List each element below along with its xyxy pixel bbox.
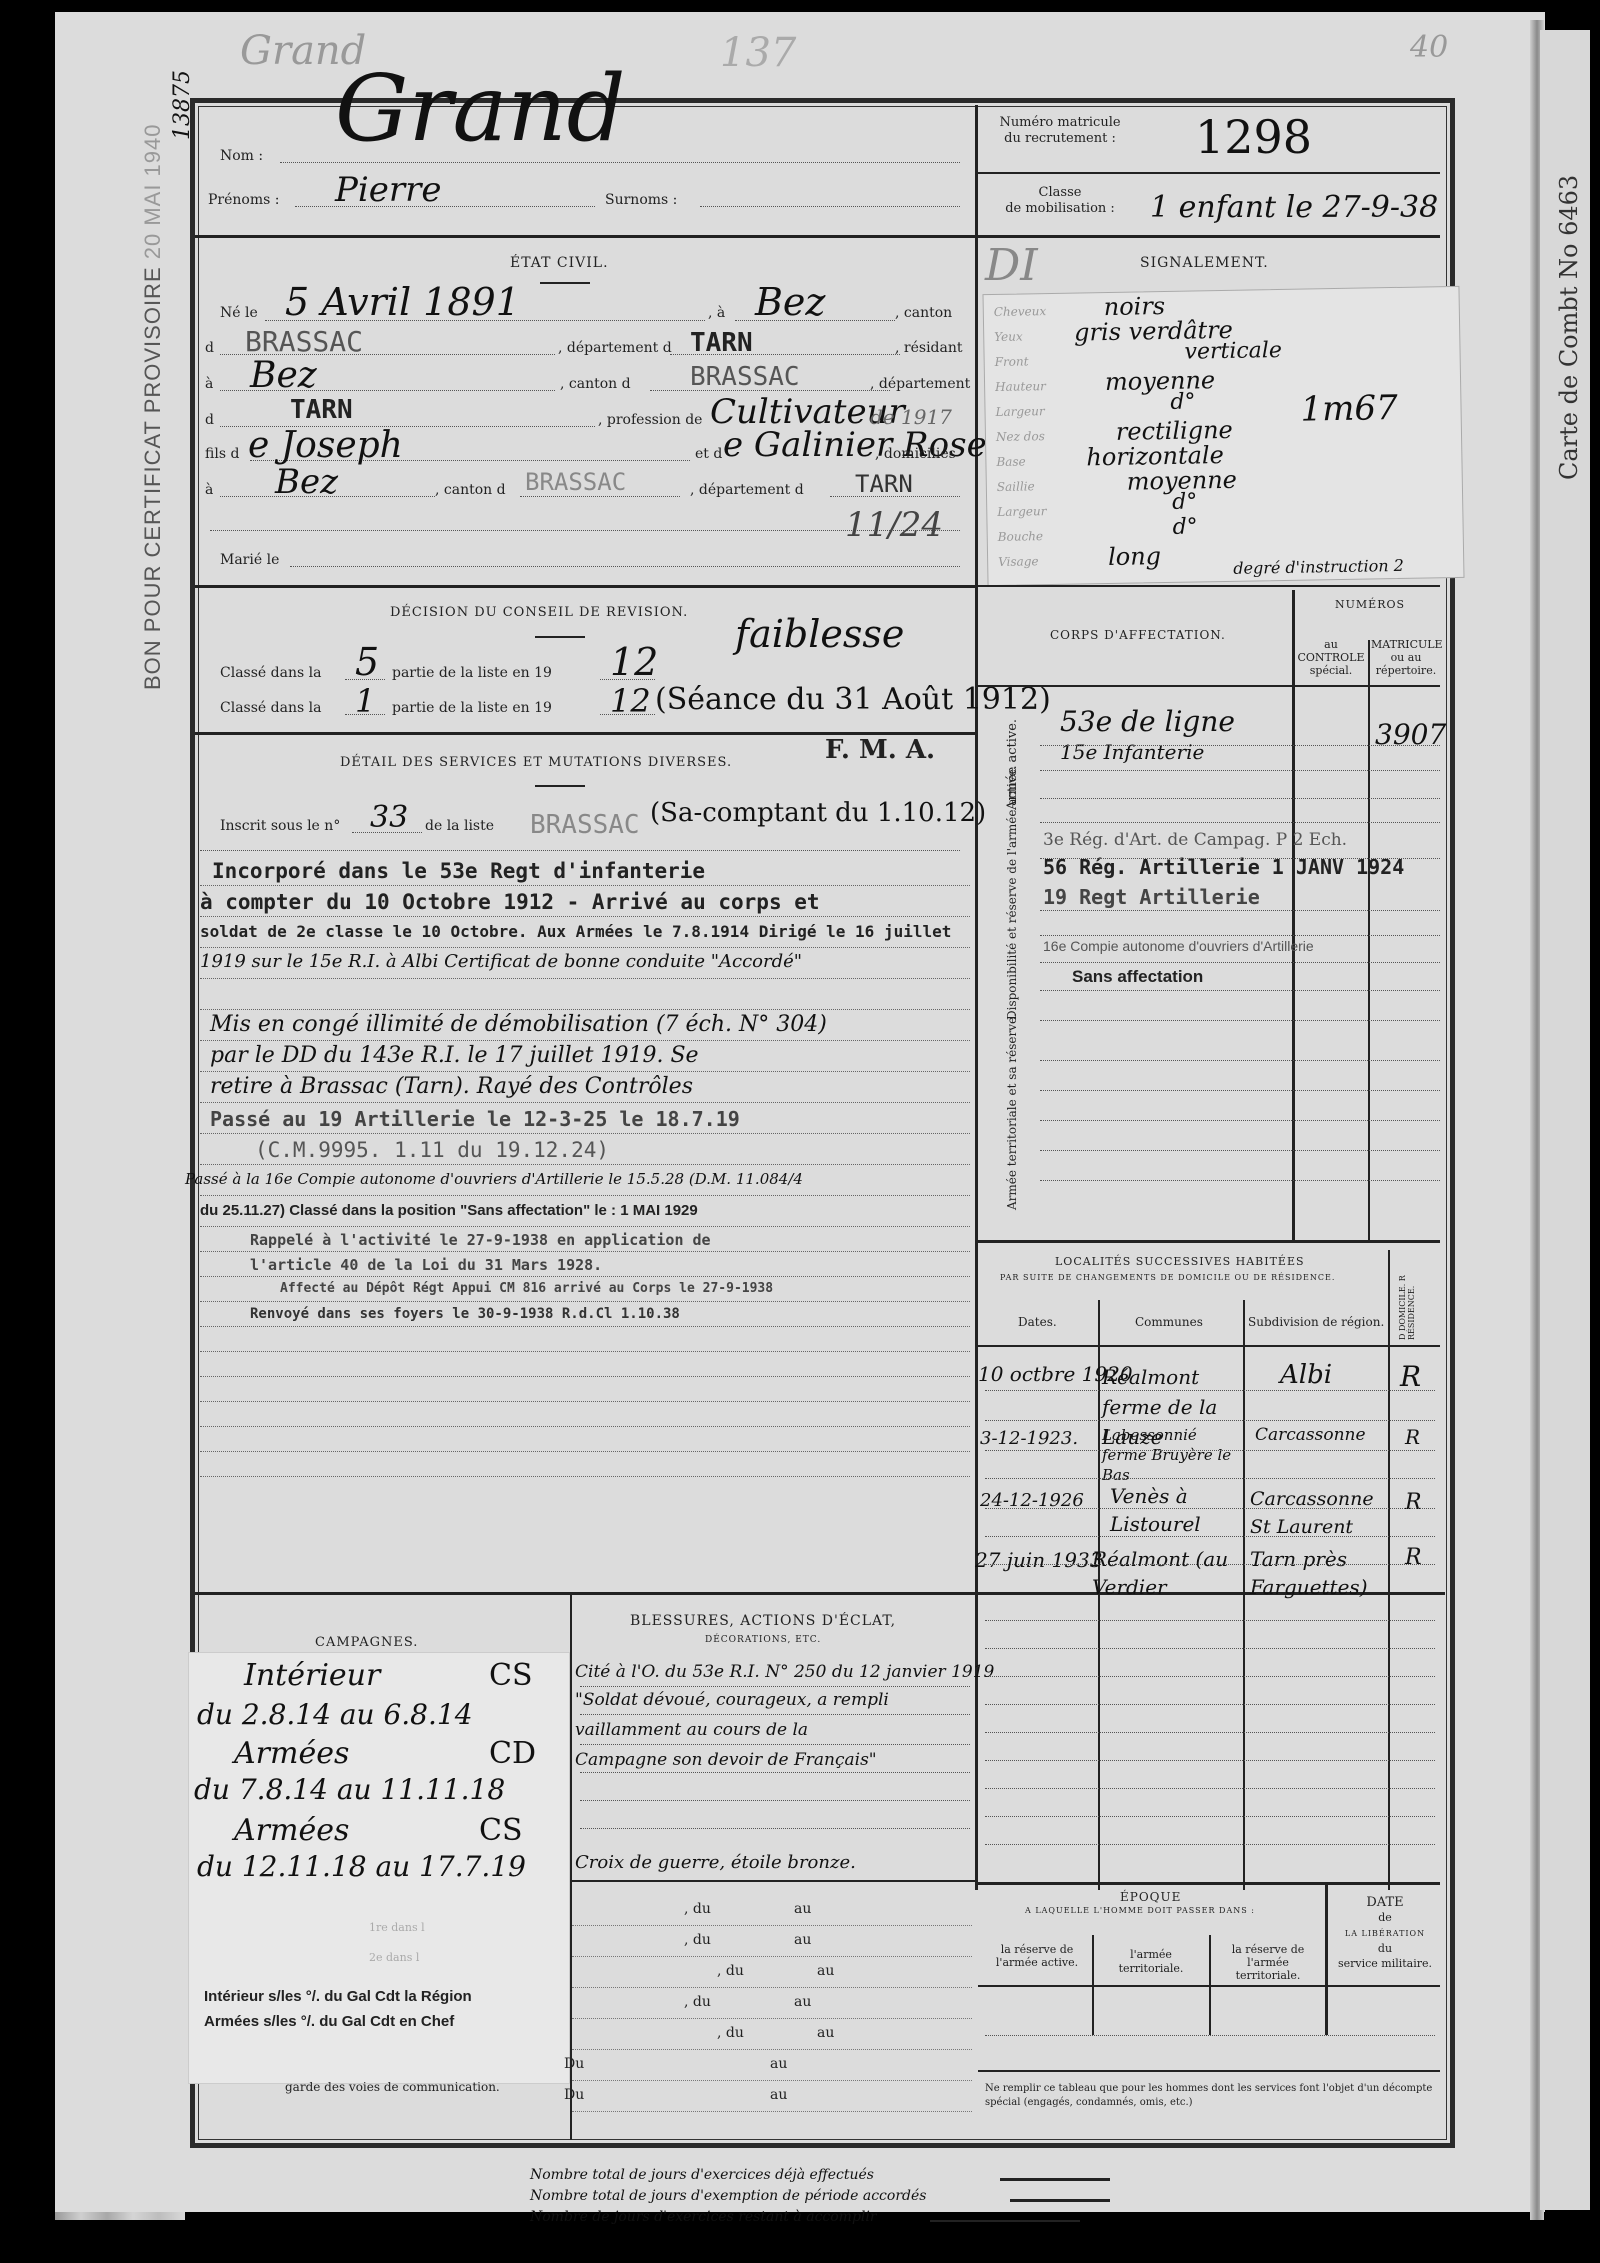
corps-title: CORPS D'AFFECTATION. xyxy=(1050,628,1226,642)
date-liberation: DATE de LA LIBÉRATION du service militai… xyxy=(1330,1895,1440,1971)
blessure-line-2: "Soldat dévoué, courageux, a rempli xyxy=(575,1690,889,1710)
campagne-3-place: Armées xyxy=(234,1813,349,1848)
resident-label: , résidant xyxy=(895,340,963,356)
domicile-a-label: à xyxy=(205,482,213,498)
campagne-faint-2: 2e dans l xyxy=(369,1951,419,1964)
service-line: à compter du 10 Octobre 1912 - Arrivé au… xyxy=(200,886,970,917)
loc-row-1-dr: R xyxy=(1400,1360,1421,1393)
domicile-dept-label: , département d xyxy=(690,482,804,498)
localites-subtitle: PAR SUITE DE CHANGEMENTS DE DOMICILE OU … xyxy=(1000,1273,1335,1282)
service-line: (C.M.9995. 1.11 du 19.12.24) xyxy=(200,1134,970,1165)
numeros-title: NUMÉROS xyxy=(1335,598,1405,611)
birth-place-label: , à xyxy=(708,305,725,321)
col-matricule: MATRICULE ou au répertoire. xyxy=(1371,638,1441,677)
campagne-2-place: Armées xyxy=(234,1736,349,1771)
campagne-1-code: CS xyxy=(489,1658,533,1693)
service-line: par le DD du 143e R.I. le 17 juillet 191… xyxy=(200,1041,970,1072)
reserve-entry-3: 19 Regt Artillerie xyxy=(1043,885,1260,909)
faint-number-pencil: 137 xyxy=(720,30,796,76)
loc-row-2-date: 3-12-1923. xyxy=(980,1428,1078,1449)
col-dates: Dates. xyxy=(1018,1315,1057,1329)
service-line: 1919 sur le 15e R.I. à Albi Certificat d… xyxy=(200,948,970,979)
campagne-2-code: CD xyxy=(489,1736,536,1771)
loc-row-3-commune: Venès à Listourel xyxy=(1110,1482,1240,1538)
service-line: Mis en congé illimité de démobilisation … xyxy=(200,1010,970,1041)
du-au-row: , duau xyxy=(572,1926,972,1957)
campagnes-title: CAMPAGNES. xyxy=(315,1635,418,1650)
domicile-departement: TARN xyxy=(855,470,913,498)
classe-label: Classede mobilisation : xyxy=(985,185,1135,217)
footer-line-3: Nombre de jours d'exercices restant à ac… xyxy=(530,2207,926,2228)
decoration-line: Croix de guerre, étoile bronze. xyxy=(575,1852,856,1873)
taille-value: 1m67 xyxy=(1300,388,1398,430)
domicile-place: Bez xyxy=(275,462,338,502)
signalement-stamp-mark: DI xyxy=(985,240,1038,291)
classe-row2-label: Classé dans la xyxy=(220,700,321,716)
signalement-rows: Cheveux noirs Yeux gris verdâtre Front v… xyxy=(994,297,1239,576)
col-subdivision: Subdivision de région. xyxy=(1248,1315,1384,1329)
service-line xyxy=(200,1352,970,1377)
section-disponibilite: Disponibilité et réserve de l'armée acti… xyxy=(1005,765,1019,1020)
campagne-2-period: du 7.8.14 au 11.11.18 xyxy=(194,1773,505,1806)
matricule-value: 1298 xyxy=(1195,110,1312,164)
loc-row-2-dr: R xyxy=(1405,1425,1420,1449)
epoque-col-1: la réserve de l'armée active. xyxy=(982,1943,1092,1969)
liste-note: (Sa-comptant du 1.10.12) xyxy=(650,798,986,828)
marie-label: Marié le xyxy=(220,552,279,568)
residence-place: Bez xyxy=(250,355,317,396)
birth-date: 5 Avril 1891 xyxy=(285,280,520,324)
service-line xyxy=(200,979,970,1010)
active-entry-2: 15e Infanterie xyxy=(1060,740,1204,764)
loc-row-2-commune: Labessonnié ferme Bruyère le Bas xyxy=(1102,1425,1242,1485)
classe-row1-partie: 5 xyxy=(355,640,379,684)
loc-row-4-dr: R xyxy=(1405,1545,1422,1570)
service-line: Passé à la 16e Compie autonome d'ouvrier… xyxy=(200,1165,970,1196)
birth-place: Bez xyxy=(755,280,825,324)
reserve-entry-1: 3e Rég. d'Art. de Campag. P 2 Ech. xyxy=(1043,830,1347,850)
du-au-rows: , duau , duau , duau , duau , duau Duau … xyxy=(572,1895,972,2112)
loc-row-2-subdivision: Carcassonne xyxy=(1255,1425,1366,1445)
classe-row2-annee: 12 xyxy=(610,682,651,720)
du-au-row: Duau xyxy=(572,2081,972,2112)
service-line xyxy=(200,1377,970,1402)
facing-page-label: Carte de Combt No 6463 xyxy=(1555,175,1583,480)
du-au-row: Duau xyxy=(572,2050,972,2081)
birth-departement: TARN xyxy=(690,328,753,358)
certificate-stamp-text: BON POUR CERTIFICAT PROVISOIRE xyxy=(140,266,165,690)
services-title: DÉTAIL DES SERVICES ET MUTATIONS DIVERSE… xyxy=(340,755,732,770)
inscrit-label: Inscrit sous le n° xyxy=(220,818,340,834)
service-line xyxy=(200,1427,970,1452)
prenoms-label: Prénoms : xyxy=(208,192,279,208)
father-name: e Joseph xyxy=(248,425,403,466)
blessure-line-1: Cité à l'O. du 53e R.I. N° 250 du 12 jan… xyxy=(575,1662,994,1682)
classe-value: 1 enfant le 27-9-38 xyxy=(1150,190,1438,225)
service-line: retire à Brassac (Tarn). Rayé des Contrô… xyxy=(200,1072,970,1103)
classe-row2-partie: 1 xyxy=(355,682,375,720)
footer-totals: Nombre total de jours d'exercices déjà e… xyxy=(530,2165,926,2228)
birth-canton: BRASSAC xyxy=(245,325,363,358)
campagne-1-place: Intérieur xyxy=(244,1658,380,1693)
services-lines: Incorporé dans le 53e Regt d'infanterie … xyxy=(200,855,970,1477)
service-line: Incorporé dans le 53e Regt d'infanterie xyxy=(200,855,970,886)
campagne-3-code: CS xyxy=(479,1813,523,1848)
loc-row-4-commune: Réalmont (au Verdier xyxy=(1092,1545,1242,1601)
service-line xyxy=(200,1402,970,1427)
fma-stamp: F. M. A. xyxy=(825,735,935,765)
liste-value: BRASSAC xyxy=(530,810,640,840)
liste-label: de la liste xyxy=(425,818,494,834)
residence-canton: BRASSAC xyxy=(690,362,800,392)
service-line xyxy=(200,1327,970,1352)
inscrit-value: 33 xyxy=(370,800,408,835)
blessure-line-3: vaillamment au cours de la xyxy=(575,1720,808,1740)
loc-row-3-subdivision: Carcassonne St Laurent xyxy=(1250,1485,1385,1541)
service-line xyxy=(200,1452,970,1477)
signalement-title: SIGNALEMENT. xyxy=(1140,255,1269,271)
loc-row-3-dr: R xyxy=(1405,1490,1422,1515)
service-line: Rappelé à l'activité le 27-9-1938 en app… xyxy=(200,1227,970,1252)
campagne-stamp-2: Armées s/les °/. du Gal Cdt en Chef xyxy=(204,2013,454,2030)
service-line: l'article 40 de la Loi du 31 Mars 1928. xyxy=(200,1252,970,1277)
canton-label: , canton xyxy=(895,305,952,321)
service-line: Passé au 19 Artillerie le 12-3-25 le 18.… xyxy=(200,1103,970,1134)
reserve-entry-5: Sans affectation xyxy=(1072,967,1203,987)
matricule-label: Numéro matriculedu recrutement : xyxy=(985,115,1135,147)
canton-d-label: , canton d xyxy=(560,376,631,392)
et-label: et d xyxy=(695,446,722,462)
classe-row1-note: faiblesse xyxy=(735,612,904,656)
epoque-title: ÉPOQUE xyxy=(1120,1890,1181,1904)
domicile-canton-label: , canton d xyxy=(435,482,506,498)
domicile-canton: BRASSAC xyxy=(525,468,626,496)
campagne-1-period: du 2.8.14 au 6.8.14 xyxy=(197,1698,473,1731)
etat-civil-title: ÉTAT CIVIL. xyxy=(510,255,609,271)
service-line: Renvoyé dans ses foyers le 30-9-1938 R.d… xyxy=(200,1302,970,1327)
localites-title: LOCALITÉS SUCCESSIVES HABITÉES xyxy=(1055,1255,1305,1268)
epoque-subtitle: A LAQUELLE L'HOMME DOIT PASSER DANS : xyxy=(1025,1906,1255,1915)
epoque-col-2: l'armée territoriale. xyxy=(1096,1948,1206,1976)
col-communes: Communes xyxy=(1135,1315,1203,1329)
campagne-faint-1: 1re dans l xyxy=(369,1921,425,1934)
certificate-stamp-date: 20 MAI 1940 xyxy=(140,124,165,260)
epoque-note: Ne remplir ce tableau que pour les homme… xyxy=(985,2082,1435,2110)
residence-departement: TARN xyxy=(290,395,353,425)
active-matricule: 3907 xyxy=(1375,718,1446,751)
nom-value: Grand xyxy=(335,55,625,162)
col-controle: au CONTROLE spécial. xyxy=(1296,638,1366,677)
service-line: du 25.11.27) Classé dans la position "Sa… xyxy=(200,1196,970,1227)
blessures-subtitle: DÉCORATIONS, ETC. xyxy=(705,1635,821,1645)
classe-row1-annee: 12 xyxy=(610,640,658,684)
blessure-line-4: Campagne son devoir de Français" xyxy=(575,1750,877,1770)
col-dr: D DOMICILE. R RÉSIDENCE. xyxy=(1398,1250,1416,1340)
loc-row-1-subdivision: Albi xyxy=(1280,1360,1332,1390)
epoque-col-3: la réserve de l'armée territoriale. xyxy=(1213,1943,1323,1982)
domicilies-label: , domiciliés xyxy=(875,446,956,462)
active-entry-1: 53e de ligne xyxy=(1060,705,1235,738)
footer-line-1: Nombre total de jours d'exercices déjà e… xyxy=(530,2165,926,2186)
departement-label: , département d xyxy=(558,340,672,356)
nom-label: Nom : xyxy=(220,148,263,164)
campagne-bottom-label: garde des voies de communication. xyxy=(285,2080,500,2094)
service-line: soldat de 2e classe le 10 Octobre. Aux A… xyxy=(200,917,970,948)
footer-line-2: Nombre total de jours d'exemption de pér… xyxy=(530,2186,926,2207)
surnoms-label: Surnoms : xyxy=(605,192,677,208)
fils-label: fils d xyxy=(205,446,239,462)
campagne-stamp-1: Intérieur s/les °/. du Gal Cdt la Région xyxy=(204,1988,472,2005)
classe-row1-label: Classé dans la xyxy=(220,665,321,681)
du-au-row: , duau xyxy=(572,1988,972,2019)
certificate-stamp: BON POUR CERTIFICAT PROVISOIRE 20 MAI 19… xyxy=(140,124,166,691)
du-au-row: , duau xyxy=(572,1895,972,1926)
du-au-row: , duau xyxy=(572,1957,972,1988)
signalement-row: Visage long xyxy=(998,547,1238,576)
reserve-entry-4: 16e Compie autonome d'ouvriers d'Artille… xyxy=(1043,938,1314,954)
column-divider xyxy=(975,105,978,1890)
section-territoriale: Armée territoriale et sa réserve. xyxy=(1005,1013,1019,1210)
ne-le-label: Né le xyxy=(220,305,258,321)
campagnes-patch: Intérieur CS du 2.8.14 au 6.8.14 Armées … xyxy=(188,1652,570,2084)
classe-row1-label-b: partie de la liste en 19 xyxy=(392,665,552,681)
classe-row2-label-b: partie de la liste en 19 xyxy=(392,700,552,716)
service-line: Affecté au Dépôt Régt Appui CM 816 arriv… xyxy=(200,1277,970,1302)
conseil-title: DÉCISION DU CONSEIL DE REVISION. xyxy=(390,605,688,620)
top-right-note: 40 xyxy=(1410,30,1448,65)
profession-label: , profession de xyxy=(598,412,702,428)
prenoms-value: Pierre xyxy=(335,170,442,210)
campagne-3-period: du 12.11.18 au 17.7.19 xyxy=(197,1850,526,1883)
classe-row2-note: (Séance du 31 Août 1912) xyxy=(655,682,1051,717)
loc-row-4-date: 27 juin 1933 xyxy=(975,1548,1102,1572)
signalement-patch: Cheveux noirs Yeux gris verdâtre Front v… xyxy=(982,286,1464,586)
blessures-title: BLESSURES, ACTIONS D'ÉCLAT, xyxy=(630,1613,896,1629)
du-au-row: , duau xyxy=(572,2019,972,2050)
departement2-label: , département xyxy=(870,376,970,392)
civil-fraction-note: 11/24 xyxy=(845,505,943,545)
degre-instruction: degré d'instruction 2 xyxy=(1233,556,1404,578)
